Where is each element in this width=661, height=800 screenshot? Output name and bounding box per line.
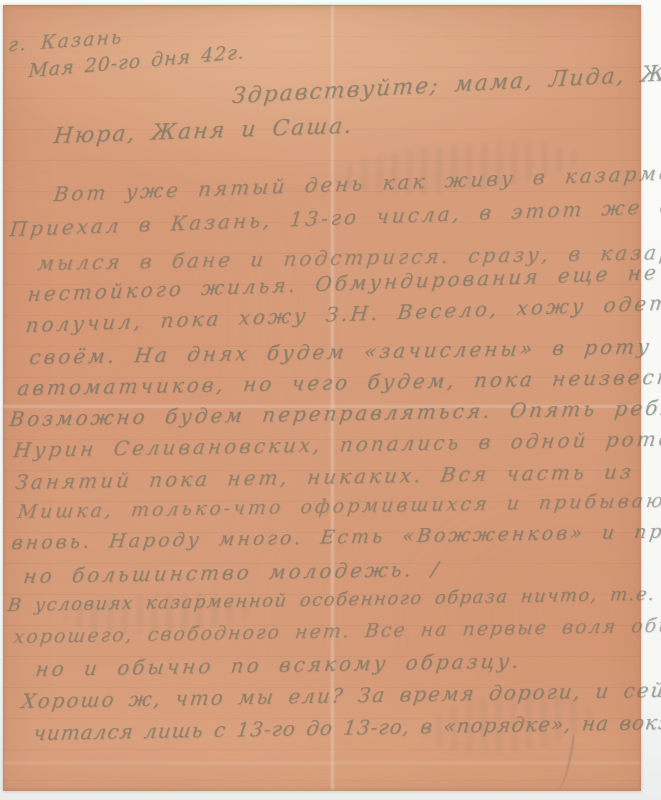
handwritten-line: Нурин Селивановских, попались в одной ро… — [12, 426, 661, 462]
letter-scan: г. КазаньМая 20-го дня 42г.Здравствуйте;… — [0, 0, 661, 800]
handwritten-line: Занятий пока нет, никаких. Вся часть из — [14, 459, 635, 494]
handwritten-line: Мишка, только-что оформившихся и прибыва… — [16, 489, 661, 523]
handwritten-line: своём. На днях будем «зачислены» в роту — [28, 334, 653, 369]
handwritten-line: Здравствуйте; мама, Лида, Женя, — [231, 58, 661, 109]
handwritten-line: г. Казань — [7, 26, 124, 56]
handwritten-line: автоматчиков, но чего будем, пока неизве… — [16, 364, 661, 400]
handwritten-line: вновь. Народу много. Есть «Вожженков» и … — [10, 519, 661, 554]
handwritten-line: но и обычно по всякому образцу. — [34, 649, 523, 682]
handwritten-line: но большинство молодежь. / — [22, 557, 443, 588]
letter-paper: г. КазаньМая 20-го дня 42г.Здравствуйте;… — [3, 5, 641, 791]
lower-fold-crease — [3, 761, 641, 765]
handwritten-line: Нюра, Жаня и Саша. — [52, 114, 354, 150]
